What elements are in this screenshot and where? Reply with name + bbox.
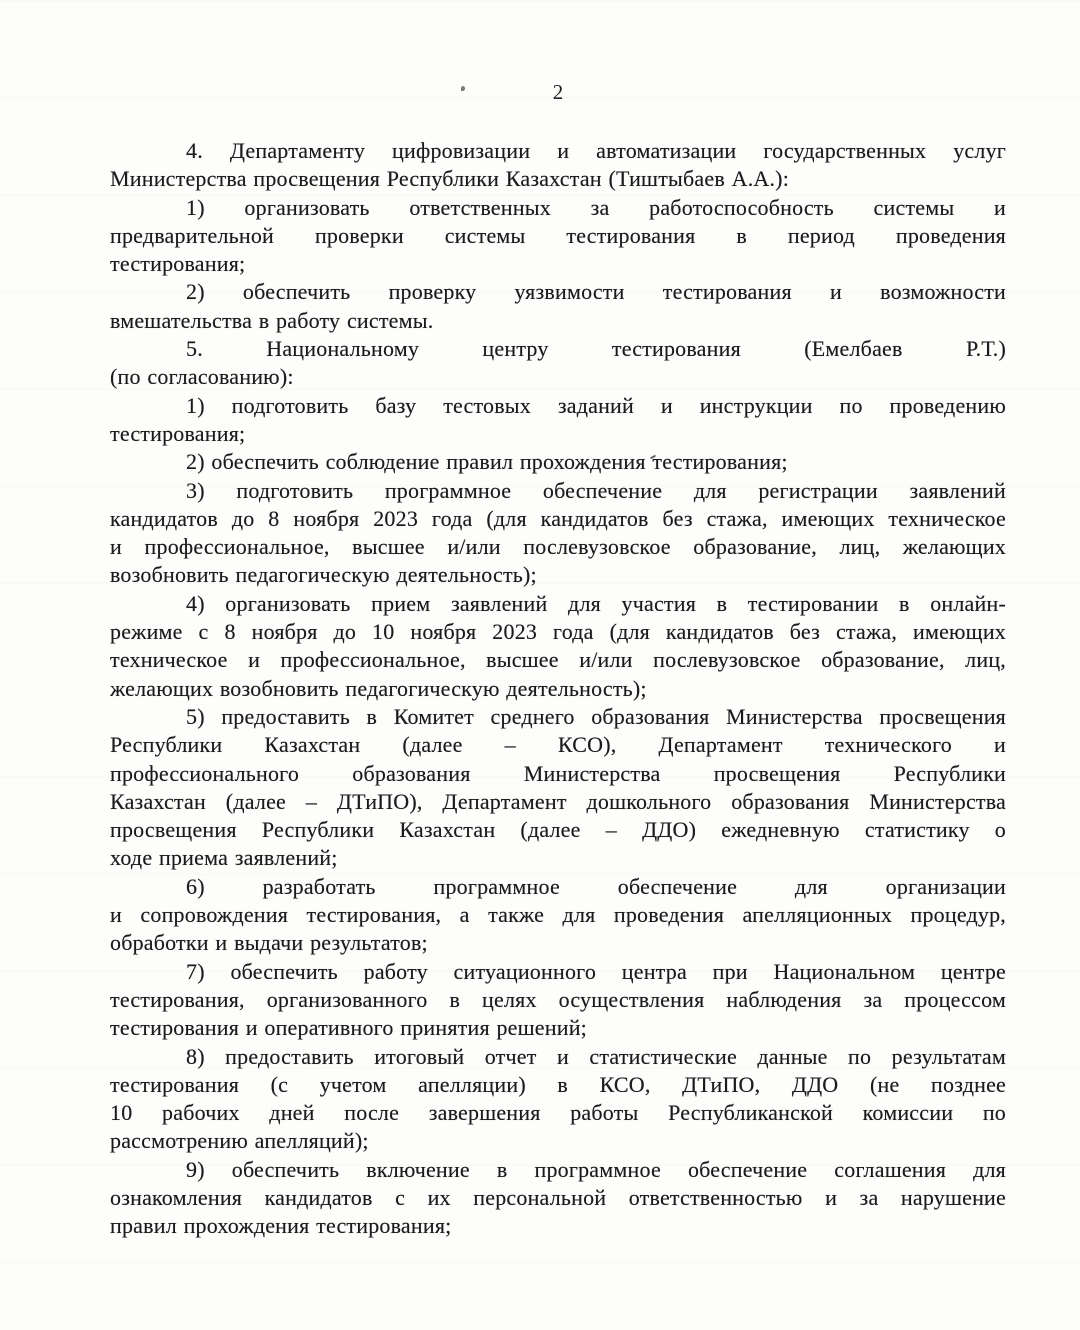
text-line: 6) разработать программное обеспечение д… <box>110 873 1006 901</box>
text-line: вмешательства в работу системы. <box>110 307 1006 335</box>
document-page: 2 4. Департаменту цифровизации и автомат… <box>0 0 1080 1330</box>
text-line: (по согласованию): <box>110 363 1006 391</box>
text-line: Министерства просвещения Республики Каза… <box>110 165 1006 193</box>
paragraph: 6) разработать программное обеспечение д… <box>110 873 1006 958</box>
text-line: обработки и выдачи результатов; <box>110 929 1006 957</box>
text-line: ходе приема заявлений; <box>110 844 1006 872</box>
paragraph: 9) обеспечить включение в программное об… <box>110 1156 1006 1241</box>
text-line: 4. Департаменту цифровизации и автоматиз… <box>110 137 1006 165</box>
paragraph: 4. Департаменту цифровизации и автоматиз… <box>110 137 1006 194</box>
text-line: тестирования, организованного в целях ос… <box>110 986 1006 1014</box>
text-line: 9) обеспечить включение в программное об… <box>110 1156 1006 1184</box>
text-line: тестирования (с учетом апелляции) в КСО,… <box>110 1071 1006 1099</box>
text-line: тестирования; <box>110 420 1006 448</box>
text-line: 2) обеспечить проверку уязвимости тестир… <box>110 278 1006 306</box>
text-line: 7) обеспечить работу ситуационного центр… <box>110 958 1006 986</box>
text-line: ознакомления кандидатов с их персонально… <box>110 1184 1006 1212</box>
text-line: 3) подготовить программное обеспечение д… <box>110 477 1006 505</box>
document-body: 4. Департаменту цифровизации и автоматиз… <box>110 137 1006 1241</box>
text-line: Казахстан (далее – ДТиПО), Департамент д… <box>110 788 1006 816</box>
text-line: просвещения Республики Казахстан (далее … <box>110 816 1006 844</box>
paragraph: 4) организовать прием заявлений для учас… <box>110 590 1006 703</box>
paragraph: 1) организовать ответственных за работос… <box>110 194 1006 279</box>
text-line: 4) организовать прием заявлений для учас… <box>110 590 1006 618</box>
text-line: возобновить педагогическую деятельность)… <box>110 561 1006 589</box>
paragraph: 7) обеспечить работу ситуационного центр… <box>110 958 1006 1043</box>
text-line: тестирования; <box>110 250 1006 278</box>
text-line: техническое и профессиональное, высшее и… <box>110 646 1006 674</box>
paragraph: 2) обеспечить проверку уязвимости тестир… <box>110 278 1006 335</box>
text-line: 2) обеспечить соблюдение правил прохожде… <box>110 448 1006 476</box>
text-line: и сопровождения тестирования, а также дл… <box>110 901 1006 929</box>
text-line: 5. Национальному центру тестирования (Ем… <box>110 335 1006 363</box>
text-line: правил прохождения тестирования; <box>110 1212 1006 1240</box>
paragraph: 8) предоставить итоговый отчет и статист… <box>110 1043 1006 1156</box>
page-number: 2 <box>110 80 1006 104</box>
text-line: рассмотрению апелляций); <box>110 1127 1006 1155</box>
text-line: 1) организовать ответственных за работос… <box>110 194 1006 222</box>
text-line: тестирования и оперативного принятия реш… <box>110 1014 1006 1042</box>
text-line: и профессиональное, высшее и/или послеву… <box>110 533 1006 561</box>
paragraph: 5) предоставить в Комитет среднего образ… <box>110 703 1006 873</box>
text-line: желающих возобновить педагогическую деят… <box>110 675 1006 703</box>
text-line: режиме с 8 ноября до 10 ноября 2023 года… <box>110 618 1006 646</box>
text-line: 5) предоставить в Комитет среднего образ… <box>110 703 1006 731</box>
paragraph: 5. Национальному центру тестирования (Ем… <box>110 335 1006 392</box>
text-line: предварительной проверки системы тестиро… <box>110 222 1006 250</box>
text-line: 10 рабочих дней после завершения работы … <box>110 1099 1006 1127</box>
text-line: 1) подготовить базу тестовых заданий и и… <box>110 392 1006 420</box>
text-line: кандидатов до 8 ноября 2023 года (для ка… <box>110 505 1006 533</box>
text-line: 8) предоставить итоговый отчет и статист… <box>110 1043 1006 1071</box>
text-line: профессионального образования Министерст… <box>110 760 1006 788</box>
paragraph: 2) обеспечить соблюдение правил прохожде… <box>110 448 1006 476</box>
paragraph: 3) подготовить программное обеспечение д… <box>110 477 1006 590</box>
text-line: Республики Казахстан (далее – КСО), Депа… <box>110 731 1006 759</box>
paragraph: 1) подготовить базу тестовых заданий и и… <box>110 392 1006 449</box>
